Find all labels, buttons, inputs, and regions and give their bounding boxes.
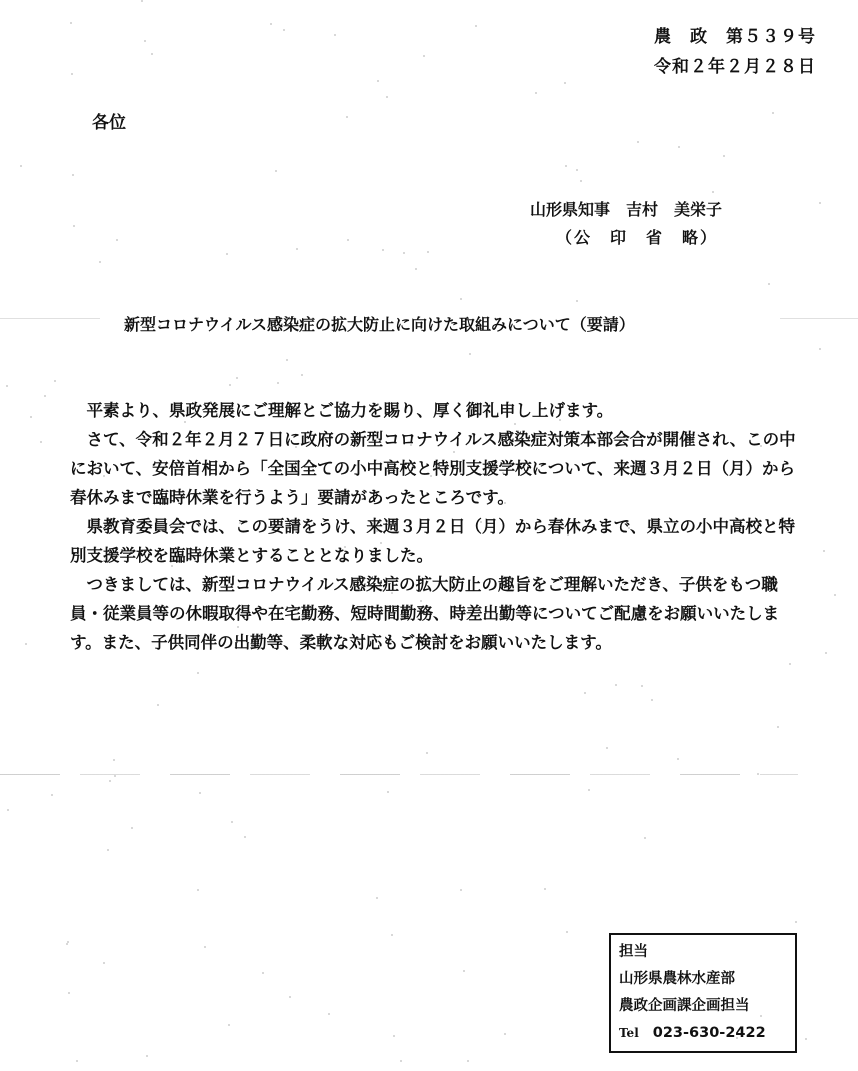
scan-speck [68,992,70,994]
scan-speck [678,146,680,148]
document-header: 農 政 第５３９号 令和２年２月２８日 [654,22,816,82]
scan-speck [453,451,455,453]
scan-speck [760,445,762,447]
contact-box: 担当 山形県農林水産部 農政企画課企画担当 Tel023-630-2422 [609,933,797,1053]
scan-fold-line [0,774,798,775]
scan-speck [628,527,630,529]
scan-speck [559,419,561,421]
scan-speck [144,40,146,42]
scan-speck [805,1038,807,1040]
scan-speck [391,934,393,936]
scan-speck [430,475,432,477]
scan-speck [460,889,462,891]
scan-speck [197,889,199,891]
scan-speck [460,298,462,300]
scan-speck [502,472,504,474]
scan-speck [277,382,279,384]
scan-speck [712,191,714,193]
scan-speck [344,546,346,548]
scan-speck [825,652,827,654]
scan-speck [226,253,228,255]
scan-speck [295,446,297,448]
scan-speck [275,170,277,172]
scan-speck [244,836,246,838]
scan-speck [823,550,825,552]
paragraph: つきましては、新型コロナウイルス感染症の拡大防止の趣旨をご理解いただき、子供をも… [70,570,810,657]
paragraph: さて、令和２年２月２７日に政府の新型コロナウイルス感染症対策本部会合が開催され、… [70,425,810,512]
scan-speck [819,348,821,350]
paragraph: 県教育委員会では、この要請をうけ、来週３月２日（月）から春休みまで、県立の小中高… [70,512,810,570]
scan-speck [567,534,569,536]
scan-speck [73,225,75,227]
scan-speck [25,643,27,645]
scan-speck [40,441,42,443]
scan-speck [834,594,836,596]
scan-speck [204,946,206,948]
scan-speck [576,300,578,302]
scan-speck [376,897,378,899]
contact-heading: 担当 [619,939,787,966]
scan-speck [772,112,774,114]
scan-speck [427,251,429,253]
phone-number: 023-630-2422 [653,1025,766,1041]
scan-speck [109,780,111,782]
scan-speck [103,962,105,964]
scan-speck [514,423,516,425]
document-body: 平素より、県政発展にご理解とご協力を賜り、厚く御礼申し上げます。 さて、令和２年… [70,396,810,657]
scan-speck [286,359,288,361]
scan-speck [334,34,336,36]
scan-speck [184,421,186,423]
scan-speck [131,827,133,829]
scan-speck [387,791,389,793]
scan-speck [415,268,417,270]
scan-speck [400,1060,402,1062]
scan-speck [517,430,519,432]
scan-speck [423,55,425,57]
scan-speck [380,542,382,544]
document-page: 農 政 第５３９号 令和２年２月２８日 各位 山形県知事 吉村 美栄子 （公 印… [0,0,858,1071]
scan-speck [71,73,73,75]
scan-speck [393,1035,395,1037]
scan-speck [289,996,291,998]
scan-speck [301,374,303,376]
scan-speck [54,380,56,382]
scan-speck [377,80,379,82]
scan-speck [99,261,101,263]
addressee: 各位 [92,108,126,133]
scan-speck [768,283,770,285]
scan-speck [420,600,422,602]
scan-speck [544,888,546,890]
scan-speck [359,589,361,591]
scan-speck [231,821,233,823]
scan-speck [228,1024,230,1026]
scan-speck [296,248,298,250]
scan-speck [789,663,791,665]
scan-speck [391,592,393,594]
scan-speck [584,692,586,694]
scan-speck [236,377,238,379]
scan-speck [283,29,285,31]
scan-speck [426,752,428,754]
scan-speck [141,0,143,2]
scan-speck [7,809,9,811]
scan-speck [463,970,465,972]
scan-speck [677,758,679,760]
scan-speck [66,943,68,945]
scan-speck [377,403,379,405]
scan-speck [103,475,105,477]
scan-speck [637,141,639,143]
scan-speck [504,1033,506,1035]
scan-speck [651,699,653,701]
scan-speck [346,116,348,118]
scan-speck [641,685,643,687]
scan-speck [44,395,46,397]
scan-speck [723,155,725,157]
scan-speck [588,789,590,791]
scan-speck [262,972,264,974]
scan-speck [480,521,482,523]
scan-speck [777,726,779,728]
scan-speck [475,25,477,27]
scan-speck [113,759,115,761]
scan-speck [757,773,759,775]
scan-speck [237,626,239,628]
scan-speck [615,684,617,686]
scan-speck [410,444,412,446]
scan-speck [171,565,173,567]
scan-speck [564,82,566,84]
scan-speck [566,931,568,933]
scan-speck [386,470,388,472]
scan-speck [197,672,199,674]
paragraph: 平素より、県政発展にご理解とご協力を賜り、厚く御礼申し上げます。 [70,396,810,425]
scan-speck [736,1037,738,1039]
scan-speck [229,384,231,386]
seal-note: （公 印 省 略） [530,224,722,252]
scan-speck [730,31,732,33]
scan-speck [403,252,405,254]
scan-speck [51,794,53,796]
scan-speck [376,530,378,532]
scan-speck [70,22,72,24]
document-number: 農 政 第５３９号 [654,22,816,52]
scan-speck [197,317,199,319]
contact-department: 山形県農林水産部 [619,966,787,993]
scan-speck [151,53,153,55]
scan-speck [107,849,109,851]
document-title: 新型コロナウイルス感染症の拡大防止に向けた取組みについて（要請） [124,312,635,335]
scan-speck [76,1060,78,1062]
scan-speck [239,522,241,524]
scan-speck [30,416,32,418]
scan-speck [6,385,8,387]
sender-name: 山形県知事 吉村 美栄子 [530,196,722,224]
scan-speck [469,353,471,355]
scan-speck [159,325,161,327]
scan-speck [347,239,349,241]
scan-speck [72,174,74,176]
scan-speck [760,1015,762,1017]
sender-block: 山形県知事 吉村 美栄子 （公 印 省 略） [530,196,722,252]
scan-speck [767,608,769,610]
scan-speck [382,249,384,251]
scan-speck [675,979,677,981]
phone-icon: Tel [619,1026,639,1040]
scan-speck [576,169,578,171]
scan-speck [157,704,159,706]
scan-speck [146,1055,148,1057]
scan-speck [819,202,821,204]
scan-speck [467,1060,469,1062]
document-date: 令和２年２月２８日 [654,52,816,82]
contact-phone: Tel023-630-2422 [619,1020,787,1047]
scan-speck [386,96,388,98]
scan-speck [504,502,506,504]
scan-speck [644,837,646,839]
scan-speck [270,23,272,25]
scan-speck [795,921,797,923]
scan-speck [606,747,608,749]
scan-speck [20,165,22,167]
scan-speck [535,92,537,94]
scan-speck [114,775,116,777]
scan-speck [580,180,582,182]
scan-speck [505,439,507,441]
scan-speck [328,1013,330,1015]
scan-speck [565,165,567,167]
scan-speck [116,239,118,241]
scan-speck [688,441,690,443]
scan-speck [199,792,201,794]
